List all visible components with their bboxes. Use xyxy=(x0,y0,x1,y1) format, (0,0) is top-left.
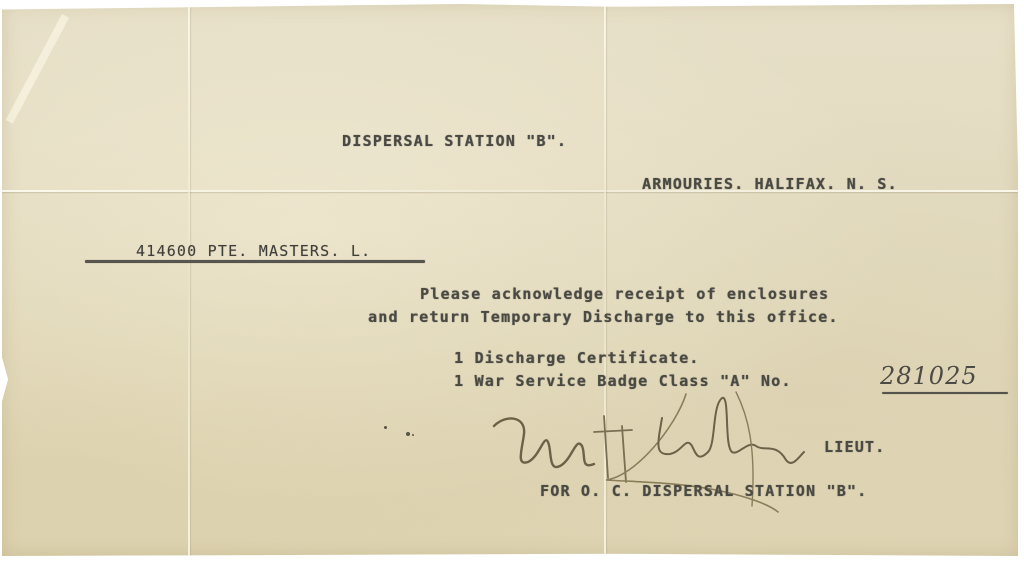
diagonal-crease xyxy=(6,14,69,124)
addressee-line: 414600 PTE. MASTERS. L. xyxy=(136,242,371,260)
ink-speck xyxy=(412,434,414,436)
enclosure-discharge-certificate: 1 Discharge Certificate. xyxy=(454,349,700,367)
body-line-2: and return Temporary Discharge to this o… xyxy=(368,308,839,326)
for-oc-line: FOR O. C. DISPERSAL STATION "B". xyxy=(540,482,867,500)
station-address: ARMOURIES. HALIFAX. N. S. xyxy=(642,175,898,193)
badge-number-underline xyxy=(882,392,1008,394)
body-line-1: Please acknowledge receipt of enclosures xyxy=(420,285,829,303)
addressee-underline xyxy=(85,260,425,263)
handwritten-badge-number: 281025 xyxy=(880,362,978,390)
station-heading: DISPERSAL STATION "B". xyxy=(342,132,567,150)
ink-speck xyxy=(406,432,410,436)
signatory-rank: LIEUT. xyxy=(824,438,885,456)
scanned-document: DISPERSAL STATION "B". ARMOURIES. HALIFA… xyxy=(0,0,1024,561)
paper-sheet: DISPERSAL STATION "B". ARMOURIES. HALIFA… xyxy=(2,4,1018,556)
vertical-fold-line-left xyxy=(188,4,190,556)
ink-speck xyxy=(384,426,387,429)
